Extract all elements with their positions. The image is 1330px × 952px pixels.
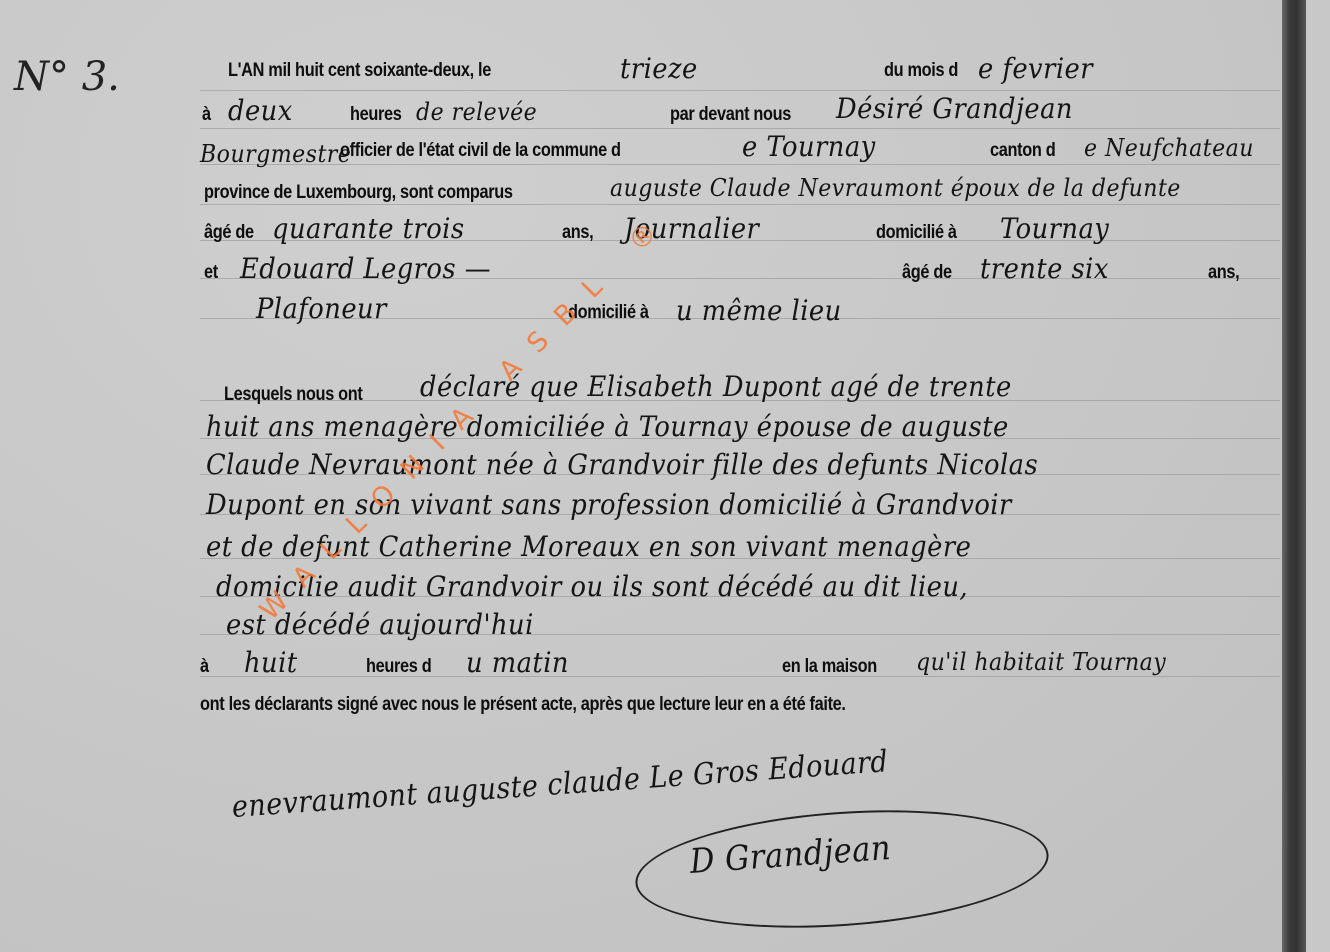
printed-declared-label: Lesquels nous ont bbox=[224, 384, 363, 406]
handwritten-declarant1-domicile: Tournay bbox=[1000, 212, 1109, 245]
handwritten-declarant2-domicile: u même lieu bbox=[676, 294, 842, 327]
printed-month-label: du mois d bbox=[884, 60, 958, 82]
printed-and: et bbox=[204, 262, 218, 284]
printed-hours-label: heures bbox=[350, 104, 402, 126]
printed-a: à bbox=[202, 104, 211, 126]
printed-canton-label: canton d bbox=[990, 140, 1055, 162]
printed-closing-statement: ont les déclarants signé avec nous le pr… bbox=[200, 694, 846, 716]
handwritten-body-line-6: domicilie audit Grandvoir ou ils sont dé… bbox=[216, 570, 968, 603]
printed-hours-label-2: heures d bbox=[366, 656, 431, 678]
handwritten-body-line-4: Dupont en son vivant sans profession dom… bbox=[206, 488, 1012, 521]
handwritten-declarant2: Edouard Legros — bbox=[240, 252, 491, 285]
handwritten-death-place: qu'il habitait Tournay bbox=[916, 648, 1166, 676]
ruled-line bbox=[200, 164, 1280, 165]
printed-years-label: ans, bbox=[562, 222, 593, 244]
handwritten-hour-suffix: de relevée bbox=[416, 98, 537, 126]
ruled-line bbox=[200, 676, 1280, 677]
declarants-signature: enevraumont auguste claude Le Gros Edoua… bbox=[231, 744, 890, 825]
adjacent-page-edge bbox=[1306, 0, 1330, 952]
handwritten-body-line-2: huit ans menagère domiciliée à Tournay é… bbox=[206, 410, 1009, 443]
binding-gutter bbox=[1282, 0, 1306, 952]
handwritten-month: e fevrier bbox=[978, 52, 1093, 85]
printed-years-label-2: ans, bbox=[1208, 262, 1239, 284]
entry-number: N° 3. bbox=[14, 54, 120, 100]
handwritten-hour: deux bbox=[228, 94, 293, 127]
printed-age-label-2: âgé de bbox=[902, 262, 952, 284]
handwritten-declarant2-age: trente six bbox=[980, 252, 1109, 285]
handwritten-death-hour: huit bbox=[244, 646, 298, 679]
handwritten-officer-title: Bourgmestre bbox=[200, 140, 351, 168]
printed-a-2: à bbox=[200, 656, 209, 678]
handwritten-canton: e Neufchateau bbox=[1084, 134, 1254, 162]
civil-record-page: N° 3. L'AN mil huit cent soixante-deux, … bbox=[0, 0, 1300, 952]
ruled-line bbox=[200, 90, 1280, 91]
printed-province-phrase: province de Luxembourg, sont comparus bbox=[204, 182, 513, 204]
handwritten-body-line-3: Claude Nevraumont née à Grandvoir fille … bbox=[206, 448, 1038, 481]
printed-age-label: âgé de bbox=[204, 222, 254, 244]
handwritten-day: trieze bbox=[620, 52, 698, 85]
handwritten-declarant1-age: quarante trois bbox=[272, 212, 465, 245]
handwritten-declarant2-profession: Plafoneur bbox=[256, 292, 387, 325]
ruled-line bbox=[200, 204, 1280, 205]
printed-domicile-label: domicilié à bbox=[876, 222, 957, 244]
handwritten-officer-name: Désiré Grandjean bbox=[836, 92, 1073, 125]
printed-house-label: en la maison bbox=[782, 656, 877, 678]
printed-year-phrase: L'AN mil huit cent soixante-deux, le bbox=[228, 60, 491, 82]
handwritten-death-time-suffix: u matin bbox=[466, 646, 569, 679]
printed-officer-phrase: officier de l'état civil de la commune d bbox=[340, 140, 621, 162]
